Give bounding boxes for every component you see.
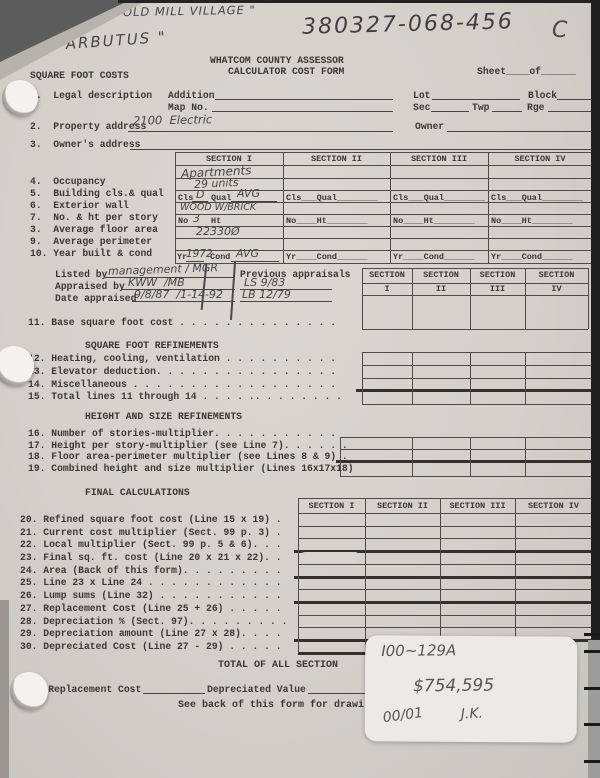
handwritten-note-amount: $754,595 [413, 675, 494, 696]
height-size-lines: 16. Number of stories-multiplier. . . . … [28, 428, 354, 475]
grid-line [298, 627, 592, 628]
section-2-header: SECTION II [283, 154, 390, 164]
no-ht-blank: No____Ht________ [491, 216, 573, 226]
ruled-edge-mark [584, 633, 600, 636]
grid-line [336, 460, 596, 463]
grid-line [412, 437, 413, 476]
form-line: 24. Area (Back of this form). . . . . . … [20, 565, 282, 578]
form-line: 21. Current cost multiplier (Sect. 99 p.… [20, 527, 282, 540]
form-line: 29. Depreciation amount (Line 27 x 28). … [20, 628, 287, 641]
grid-line [362, 268, 588, 269]
square-foot-refinements-heading: SQUARE FOOT REFINEMENTS [85, 340, 219, 352]
owner-label: Owner [415, 121, 444, 133]
handwritten-note-initials: J.K. [460, 706, 483, 723]
grid-line [440, 498, 441, 653]
property-address-label: 2. Property address [30, 121, 146, 133]
form-line: 5. Building cls.& qual [30, 188, 164, 200]
handwritten-date-appraised: 9/8/87 /1-14-92 [134, 288, 223, 301]
form-title-line2: CALCULATOR COST FORM [228, 66, 344, 78]
grid-line [432, 99, 520, 100]
grid-line [431, 111, 469, 112]
handwritten-condition: AVG [236, 247, 259, 260]
handwritten-property-address: 2100 Electric [133, 112, 212, 127]
rge-label: Rge [527, 102, 544, 114]
no-label: No [178, 216, 188, 226]
appraisal-col1-numeral: I [362, 284, 412, 294]
grid-line [340, 437, 592, 438]
sticky-note: I00~129A $754,595 00/01 J.K. [365, 635, 578, 742]
appraisal-col2-word: SECTION [412, 270, 470, 280]
handwritten-floor-area: 22330Ø [196, 225, 240, 238]
listed-by-label: Listed by [55, 269, 107, 281]
yr-cond-blank: Yr____Cond______ [393, 252, 475, 262]
grid-line [340, 449, 592, 450]
base-square-foot-cost-label: 11. Base square foot cost . . . . . . . … [28, 317, 336, 329]
form-line: 28. Depreciation % (Sect. 97). . . . . .… [20, 616, 287, 629]
grid-line [240, 301, 332, 302]
form-line: 14. Miscellaneous . . . . . . . . . . . … [28, 379, 342, 392]
grid-line [492, 111, 522, 112]
grid-line [298, 538, 592, 539]
grid-line [308, 693, 372, 694]
grid-line [212, 111, 393, 112]
final-calc-lines-20-26: 20. Refined square foot cost (Line 15 x … [20, 514, 282, 603]
section-row-labels: 4. Occupancy5. Building cls.& qual6. Ext… [30, 176, 164, 260]
grid-line [298, 526, 592, 527]
photo-top-edge [118, 0, 600, 3]
section-4-header: SECTION IV [488, 154, 592, 164]
form-line: 20. Refined square foot cost (Line 15 x … [20, 514, 282, 527]
ruled-edge-mark [584, 723, 600, 726]
appraisal-col3-word: SECTION [470, 270, 525, 280]
handwritten-note-date: 00/01 [382, 705, 424, 726]
grid-line [294, 601, 596, 604]
grid-line [470, 352, 471, 404]
grid-line [362, 365, 592, 366]
hole-punch [10, 672, 48, 710]
grid-line [143, 693, 205, 694]
grid-line [356, 389, 600, 392]
sheet-of-label: Sheet____of______ [477, 66, 576, 78]
appraisal-col2-numeral: II [412, 284, 470, 294]
grid-line [525, 352, 526, 404]
grid-line [447, 131, 595, 132]
depreciated-value-label: Depreciated Value [207, 684, 306, 696]
refinement-lines: 12. Heating, cooling, ventilation . . . … [28, 353, 342, 404]
handwritten-stories: 3 [193, 212, 200, 225]
grid-line [298, 498, 299, 653]
section-3-header: SECTION III [390, 154, 488, 164]
form-line: 4. Occupancy [30, 176, 164, 188]
handwritten-parcel-number: 380327-068-456 [302, 9, 514, 40]
cls-qual-blank: Cls___Qual________ [286, 193, 378, 203]
grid-line [362, 329, 588, 330]
appraised-by-label: Appraised by [55, 281, 125, 293]
grid-line [175, 152, 592, 153]
form-line: 18. Floor area-perimeter multiplier (see… [28, 451, 354, 463]
date-appraised-label: Date appraised [55, 293, 136, 305]
square-foot-costs-label: SQUARE FOOT COSTS [30, 70, 129, 82]
form-line: 3. Average floor area [30, 224, 164, 236]
section-1-header: SECTION I [175, 154, 283, 164]
form-line: 10. Year built & cond [30, 248, 164, 260]
grid-line [362, 295, 588, 296]
grid-line [298, 513, 592, 514]
grid-line [298, 564, 592, 565]
ruled-edge-mark [584, 650, 600, 653]
appraisal-col1-word: SECTION [362, 270, 412, 280]
photo-right-edge [591, 0, 600, 640]
torn-left-edge [0, 600, 9, 778]
form-line: 16. Number of stories-multiplier. . . . … [28, 428, 354, 440]
hole-punch [2, 80, 38, 116]
grid-line [525, 437, 526, 476]
grid-line [128, 131, 393, 132]
grid-line [175, 214, 592, 215]
see-back-label: See back of this form for drawi [178, 700, 364, 712]
form-line: 22. Local multiplier (Sect. 99 p. 5 & 6)… [20, 539, 282, 552]
handwritten-exterior-wall: WOOD W/BRICK [180, 202, 256, 213]
owners-address-label: 3. Owner's address [30, 139, 140, 151]
form-line: 26. Lump sums (Line 32) . . . . . . . . … [20, 590, 282, 603]
handwritten-class: D [196, 188, 204, 201]
handwritten-letter-c: C [552, 18, 567, 43]
grid-line [132, 301, 235, 302]
grid-line [515, 498, 516, 653]
twp-label: Twp [472, 102, 489, 114]
whiteout-smudge [300, 552, 360, 562]
form-line: 23. Final sq. ft. cost (Line 20 x 21 x 2… [20, 552, 282, 565]
sec-label: Sec [413, 102, 430, 114]
form-line: 25. Line 23 x Line 24 . . . . . . . . . … [20, 577, 282, 590]
appraisal-col4-numeral: IV [525, 284, 588, 294]
grid-line [298, 589, 592, 590]
form-line: 12. Heating, cooling, ventilation . . . … [28, 353, 342, 366]
grid-line [130, 149, 595, 150]
grid-line [362, 352, 363, 404]
handwritten-quality: AVG [237, 187, 260, 200]
addition-label: Addition [168, 90, 215, 102]
final-section-2-header: SECTION II [365, 501, 440, 511]
final-calculations-heading: FINAL CALCULATIONS [85, 487, 190, 499]
grid-line [412, 352, 413, 404]
grid-line [470, 437, 471, 476]
yr-cond-blank: Yr____Cond______ [491, 252, 573, 262]
final-section-1-header: SECTION I [298, 501, 365, 511]
yr-cond-blank: Yr____Cond______ [286, 252, 368, 262]
lot-label: Lot [413, 90, 430, 102]
grid-line [340, 476, 592, 477]
form-line: 7. No. & ht per story [30, 212, 164, 224]
form-line: 30. Depreciated Cost (Line 27 - 29) . . … [20, 641, 287, 654]
cls-qual-blank: Cls___Qual________ [491, 193, 583, 203]
grid-line [362, 404, 592, 405]
grid-line [365, 498, 366, 653]
block-label: Block [528, 90, 557, 102]
no-ht-blank: No____Ht________ [286, 216, 368, 226]
grid-line [175, 152, 176, 263]
form-line: 6. Exterior wall [30, 200, 164, 212]
grid-line [294, 576, 596, 579]
handwritten-note-reference: I00~129A [381, 641, 456, 660]
grid-line [390, 152, 391, 263]
grid-line [175, 238, 592, 239]
form-line: 19. Combined height and size multiplier … [28, 463, 354, 475]
final-calc-lines-27-30: 27. Replacement Cost (Line 25 + 26) . . … [20, 603, 287, 654]
grid-line [298, 498, 592, 499]
grid-line [557, 99, 595, 100]
height-size-refinements-heading: HEIGHT AND SIZE REFINEMENTS [85, 411, 242, 423]
form-line: 17. Height per story-multiplier (see Lin… [28, 440, 354, 452]
final-section-4-header: SECTION IV [515, 501, 592, 511]
grid-line [230, 262, 236, 320]
form-line: 15. Total lines 11 through 14 . . . . ..… [28, 391, 342, 404]
no-ht-blank: No____Ht________ [393, 216, 475, 226]
grid-line [488, 152, 489, 263]
final-section-3-header: SECTION III [440, 501, 515, 511]
form-line: 27. Replacement Cost (Line 25 + 26) . . … [20, 603, 287, 616]
appraisal-col4-word: SECTION [525, 270, 588, 280]
handwritten-prev-appraisal-2: LB 12/79 [242, 288, 291, 301]
grid-line [298, 615, 592, 616]
grid-line [215, 99, 393, 100]
grid-line [175, 263, 592, 264]
appraisal-col3-numeral: III [470, 284, 525, 294]
legal-description-label: 1. Legal description [30, 90, 152, 102]
handwritten-year-built: 1972 [186, 248, 213, 260]
grid-line [283, 152, 284, 263]
grid-line [362, 378, 592, 379]
underlying-page-edge [588, 640, 600, 778]
grid-line [548, 111, 595, 112]
grid-line [588, 268, 589, 329]
form-line: 9. Average perimeter [30, 236, 164, 248]
form-title-line1: WHATCOM COUNTY ASSESSOR [210, 55, 344, 67]
ruled-edge-mark [584, 760, 600, 763]
form-line: 13. Elevator deduction. . . . . . . . . … [28, 366, 342, 379]
ruled-edge-mark [584, 687, 600, 690]
cls-qual-blank: Cls___Qual________ [393, 193, 485, 203]
total-of-all-sections-label: TOTAL OF ALL SECTION [218, 660, 338, 672]
grid-line [231, 261, 279, 262]
grid-line [362, 352, 592, 353]
scanned-assessor-cost-form: " OLD MILL VILLAGE " 380327-068-456 C " … [0, 0, 600, 778]
